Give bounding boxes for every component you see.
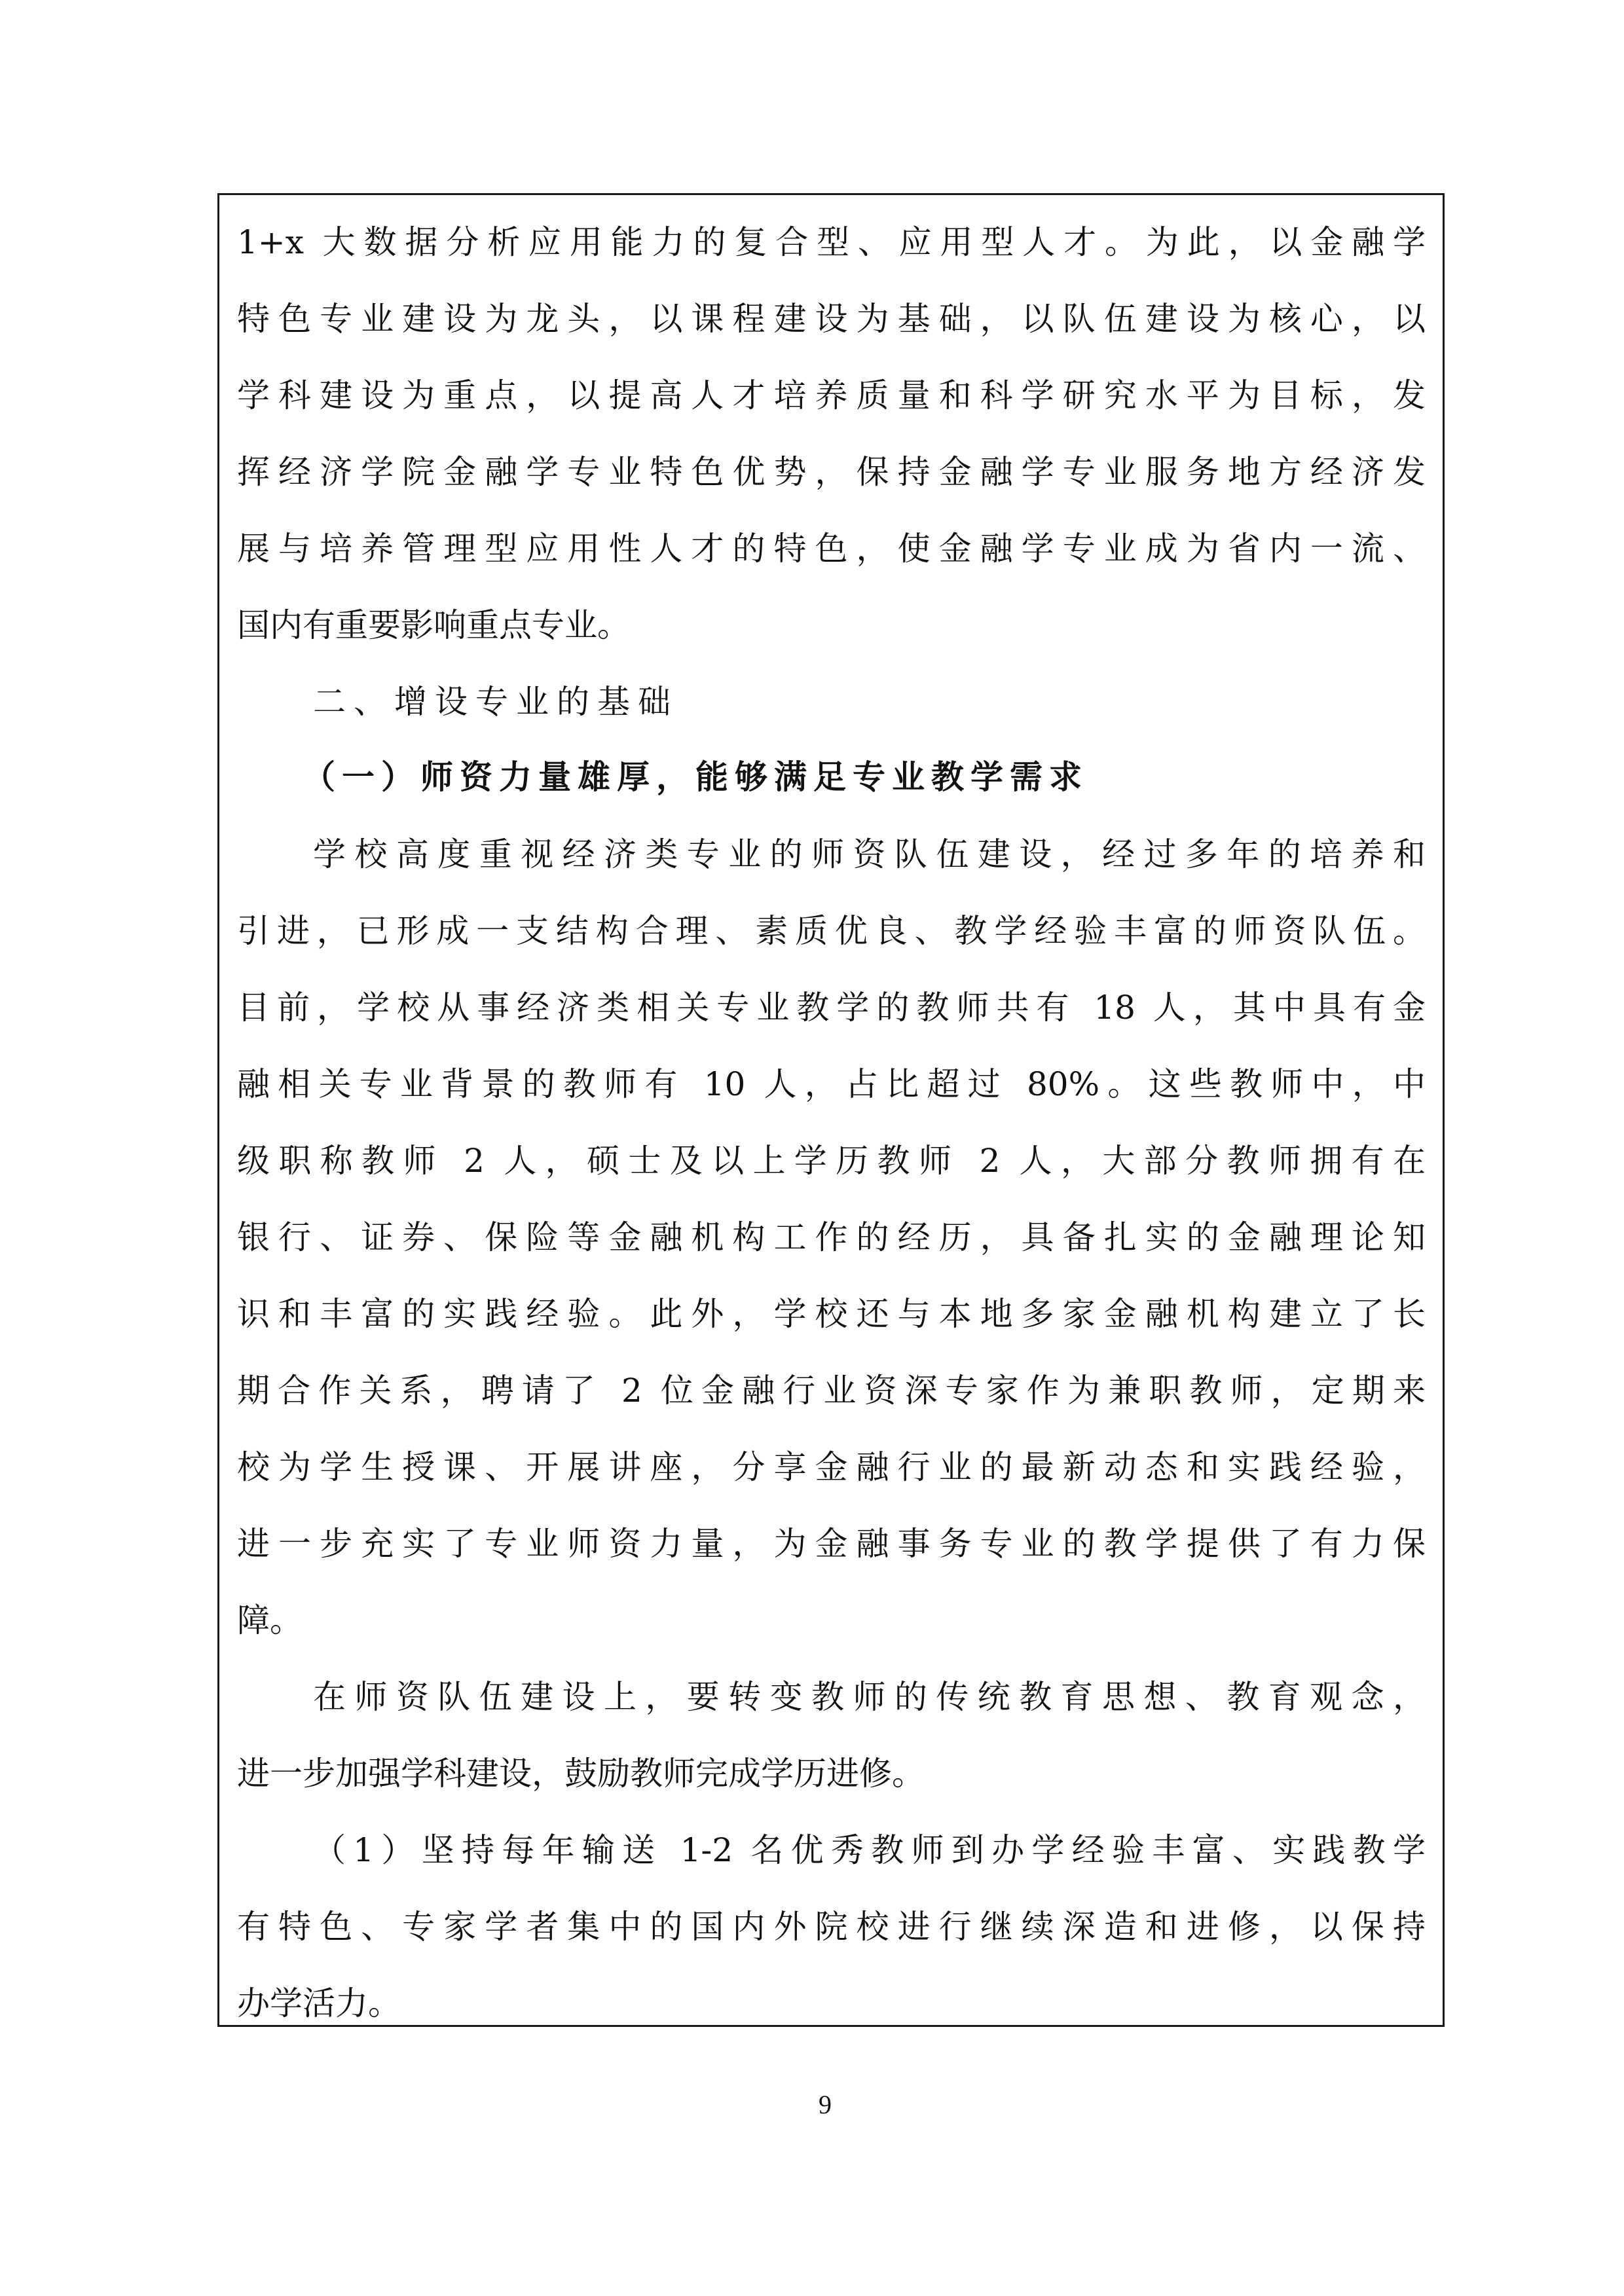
body-text-line: 进一步充实了专业师资力量，为金融事务专业的教学提供了有力保	[237, 1524, 1426, 1563]
body-text-line: 在师资队伍建设上，要转变教师的传统教育思想、教育观念，	[313, 1677, 1426, 1717]
body-text-line: 特色专业建设为龙头，以课程建设为基础，以队伍建设为核心，以	[237, 299, 1426, 338]
body-text-line: 级职称教师 2 人，硕士及以上学历教师 2 人，大部分教师拥有在	[237, 1141, 1426, 1180]
section-heading: 二、增设专业的基础	[313, 682, 678, 721]
body-text-line: 银行、证券、保险等金融机构工作的经历，具备扎实的金融理论知	[237, 1218, 1426, 1257]
body-text-line: 学校高度重视经济类专业的师资队伍建设，经过多年的培养和	[313, 835, 1426, 874]
body-text-line: 校为学生授课、开展讲座，分享金融行业的最新动态和实践经验，	[237, 1448, 1426, 1487]
body-text-line: 融相关专业背景的教师有 10 人，占比超过 80%。这些教师中，中	[237, 1065, 1426, 1104]
list-item-text-line: 办学活力。	[237, 1984, 1426, 2023]
body-text-line: 1+x 大数据分析应用能力的复合型、应用型人才。为此，以金融学	[237, 223, 1426, 262]
body-text-line: 学科建设为重点，以提高人才培养质量和科学研究水平为目标，发	[237, 376, 1426, 415]
body-text-line: 挥经济学院金融学专业特色优势，保持金融学专业服务地方经济发	[237, 452, 1426, 492]
subsection-heading: （一）师资力量雄厚，能够满足专业教学需求	[303, 757, 1088, 797]
body-text-line: 目前，学校从事经济类相关专业教学的教师共有 18 人，其中具有金	[237, 988, 1426, 1027]
page-number: 9	[812, 2088, 838, 2121]
body-text-line: 展与培养管理型应用性人才的特色，使金融学专业成为省内一流、	[237, 529, 1426, 568]
list-item-text-line: 有特色、专家学者集中的国内外院校进行继续深造和进修，以保持	[237, 1907, 1426, 1946]
body-text-line: 期合作关系，聘请了 2 位金融行业资深专家作为兼职教师，定期来	[237, 1371, 1426, 1410]
body-text-line: 引进，已形成一支结构合理、素质优良、教学经验丰富的师资队伍。	[237, 911, 1426, 951]
list-item-text-line: （1）坚持每年输送 1-2 名优秀教师到办学经验丰富、实践教学	[313, 1831, 1426, 1870]
body-text-line: 识和丰富的实践经验。此外，学校还与本地多家金融机构建立了长	[237, 1294, 1426, 1334]
body-text-line: 障。	[237, 1601, 1426, 1640]
body-text-line: 国内有重要影响重点专业。	[237, 606, 1426, 645]
body-text-line: 进一步加强学科建设，鼓励教师完成学历进修。	[237, 1754, 1426, 1793]
